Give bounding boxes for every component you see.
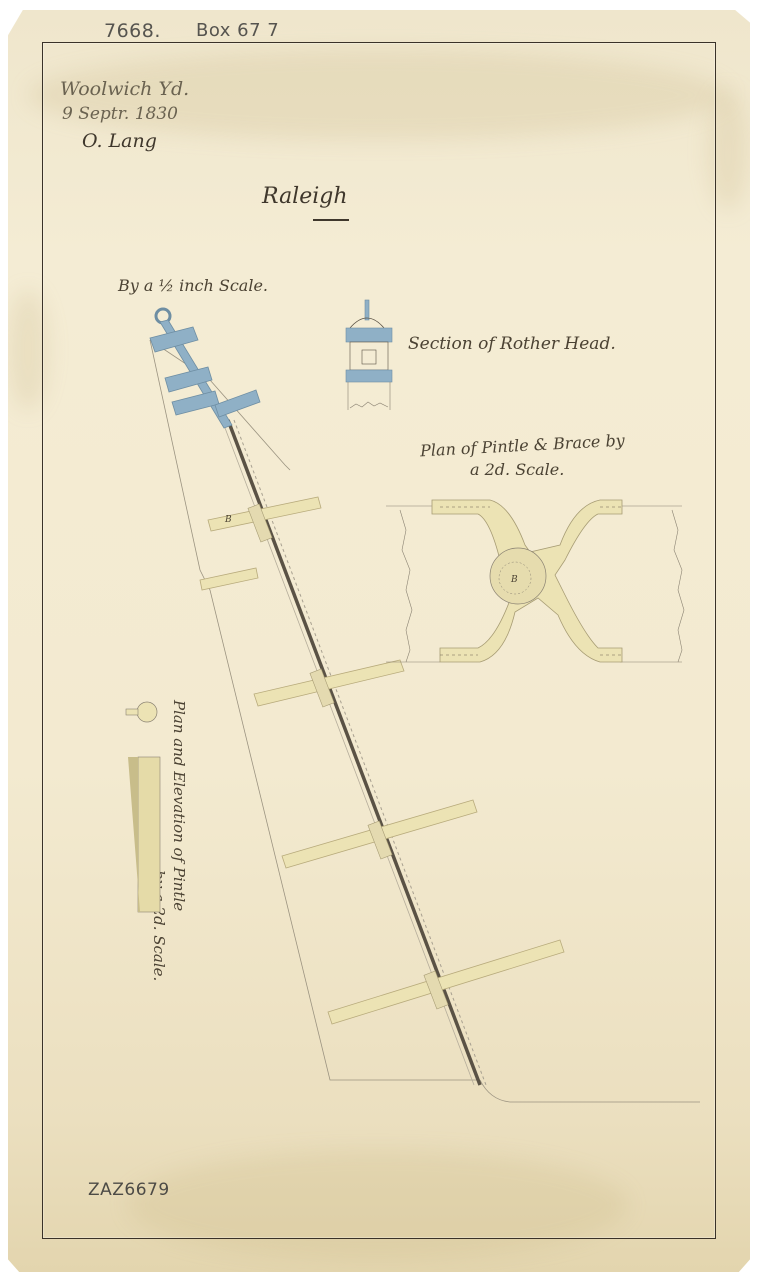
rudder-head-section [346, 300, 392, 410]
pintle-straps [248, 504, 448, 1009]
brace-mark: B [224, 515, 232, 525]
rudder-head-ironwork [150, 309, 260, 428]
brace-2 [200, 568, 258, 590]
technical-drawing: B B [0, 0, 759, 1280]
pintle-brace-plan: B [386, 500, 684, 662]
pintle-plan-elevation [126, 702, 160, 912]
pintle-mark: B [510, 575, 518, 585]
